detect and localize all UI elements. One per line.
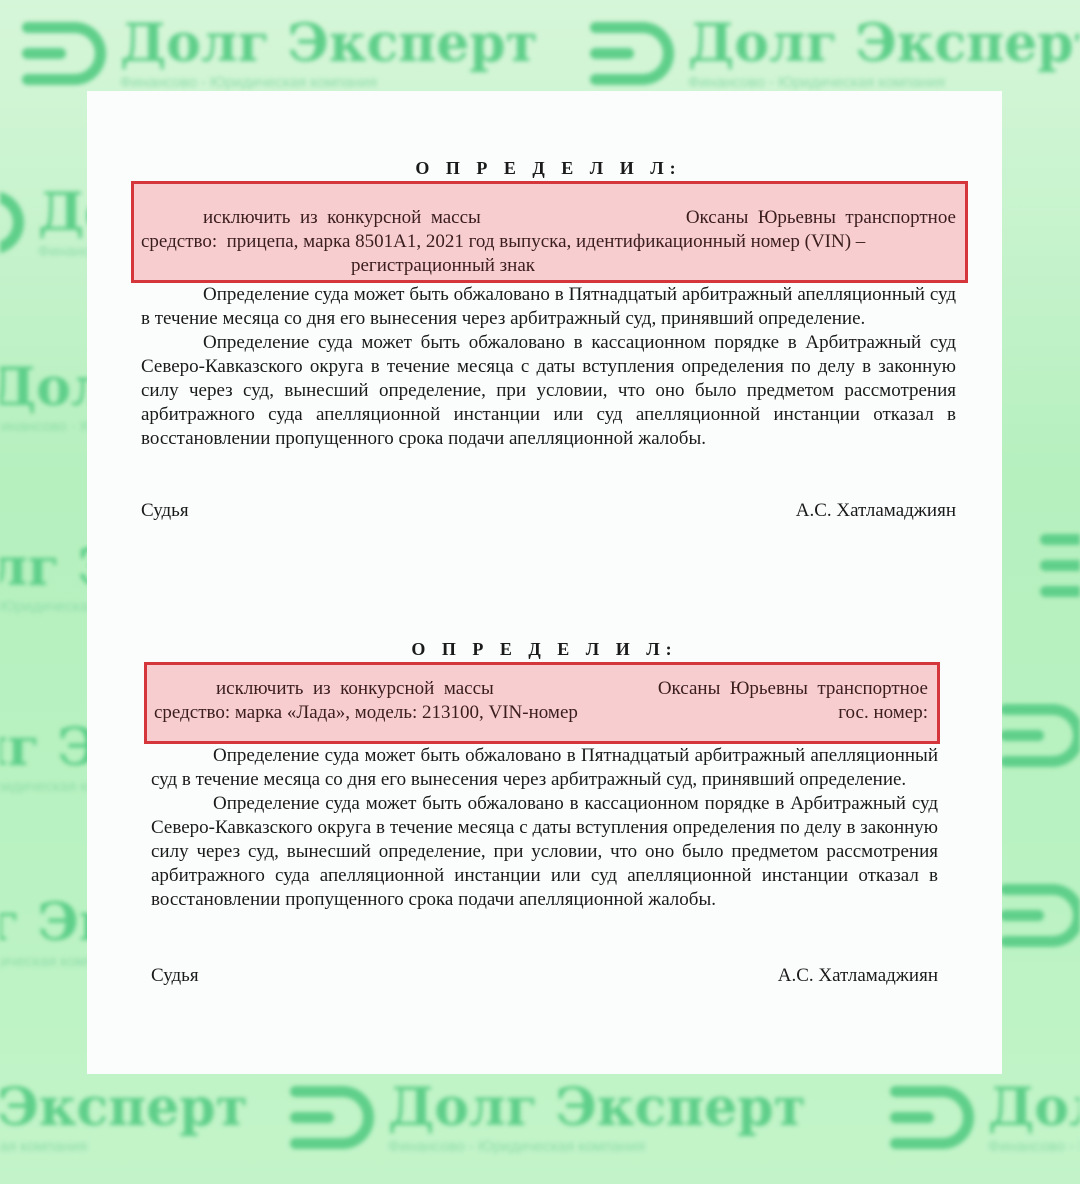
- decision-block-2: О П Р Е Д Е Л И Л: исключить из конкурсн…: [151, 636, 938, 988]
- watermark-logo: Долг ЭкспертФинансово - Юридическая комп…: [590, 16, 1080, 91]
- ruling-line: исключить из конкурсной массы Оксаны Юрь…: [154, 677, 928, 701]
- signature-title: Судья: [151, 964, 199, 988]
- logo-icon: [590, 18, 678, 90]
- highlighted-ruling: исключить из конкурсной массы Оксаны Юрь…: [144, 662, 940, 744]
- watermark-logo: [1000, 880, 1080, 952]
- watermark-logo: [1000, 700, 1080, 772]
- ruling-line: средство: марка «Лада», модель: 213100, …: [154, 701, 928, 725]
- logo-icon: [0, 187, 28, 259]
- cassation-paragraph: Определение суда может быть обжаловано в…: [141, 331, 956, 451]
- logo-icon: [1000, 880, 1080, 952]
- signature-name: А.С. Хатламаджиян: [778, 964, 938, 988]
- watermark-logo: Долг ЭкспертФинансово - Юридическая комп…: [890, 1080, 1080, 1155]
- signature-title: Судья: [141, 499, 189, 523]
- watermark-logo: Долг ЭкспертФинансово - Юридическая комп…: [0, 1080, 248, 1155]
- ruling-line: исключить из конкурсной массы Оксаны Юрь…: [141, 206, 956, 230]
- ruling-line: средство: прицепа, марка 8501А1, 2021 го…: [141, 230, 956, 254]
- decision-heading: О П Р Е Д Е Л И Л:: [141, 155, 956, 181]
- appeal-paragraph: Определение суда может быть обжаловано в…: [151, 744, 938, 792]
- cassation-paragraph: Определение суда может быть обжаловано в…: [151, 792, 938, 912]
- signature-row: Судья А.С. Хатламаджиян: [141, 499, 956, 523]
- watermark-logo: [1040, 530, 1080, 602]
- logo-icon: [290, 1082, 378, 1154]
- appeal-paragraph: Определение суда может быть обжаловано в…: [141, 283, 956, 331]
- logo-icon: [1000, 700, 1080, 772]
- document-page: О П Р Е Д Е Л И Л: исключить из конкурсн…: [87, 91, 1002, 1074]
- highlighted-ruling: исключить из конкурсной массы Оксаны Юрь…: [131, 181, 968, 283]
- watermark-logo: Долг ЭкспертФинансово - Юридическая комп…: [290, 1080, 806, 1155]
- logo-icon: [890, 1082, 978, 1154]
- watermark-logo: Долг ЭкспертФинансово - Юридическая комп…: [22, 16, 538, 91]
- ruling-line: регистрационный знак: [141, 254, 956, 278]
- signature-name: А.С. Хатламаджиян: [796, 499, 956, 523]
- decision-block-1: О П Р Е Д Е Л И Л: исключить из конкурсн…: [141, 155, 956, 523]
- logo-icon: [1040, 530, 1080, 602]
- decision-heading: О П Р Е Д Е Л И Л:: [151, 636, 938, 662]
- logo-icon: [22, 18, 110, 90]
- signature-row: Судья А.С. Хатламаджиян: [151, 964, 938, 988]
